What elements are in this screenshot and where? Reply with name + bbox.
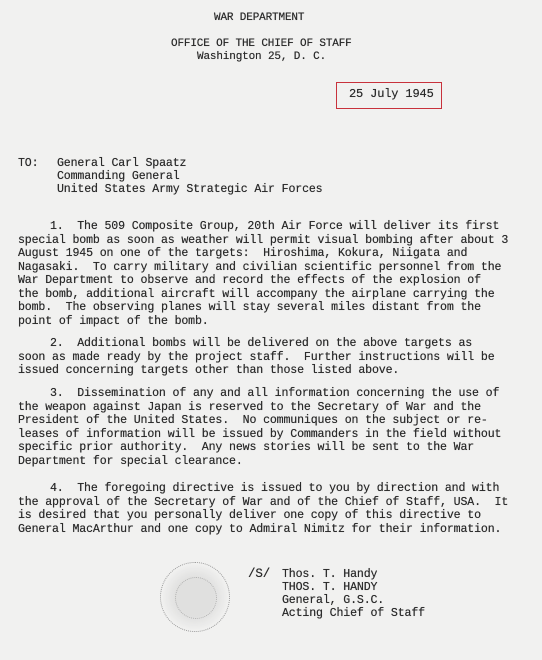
signature-rank: General, G.S.C. [282, 594, 384, 607]
seal-stamp [160, 562, 230, 632]
recipient-org: United States Army Strategic Air Forces [57, 183, 323, 196]
paragraph-1-line: bomb. The observing planes will stay sev… [18, 301, 481, 314]
paragraph-4-line: 4. The foregoing directive is issued to … [50, 482, 499, 495]
recipient-title: Commanding General [57, 170, 180, 183]
paragraph-3-line: Department for special clearance. [18, 455, 243, 468]
paragraph-1-line: 1. The 509 Composite Group, 20th Air For… [50, 220, 499, 233]
recipient-name: General Carl Spaatz [57, 157, 186, 170]
document-page: WAR DEPARTMENT OFFICE OF THE CHIEF OF ST… [0, 0, 542, 660]
signature-name: Thos. T. Handy [282, 568, 377, 581]
paragraph-2-line: issued concerning targets other than tho… [18, 364, 399, 377]
paragraph-1-line: War Department to observe and record the… [18, 274, 481, 287]
paragraph-4-line: is desired that you personally deliver o… [18, 509, 481, 522]
to-label: TO: [18, 157, 38, 170]
signature-typed-name: THOS. T. HANDY [282, 581, 377, 594]
paragraph-3-line: President of the United States. No commu… [18, 414, 488, 427]
paragraph-3-line: 3. Dissemination of any and all informat… [50, 387, 499, 400]
paragraph-1-line: August 1945 on one of the targets: Hiros… [18, 247, 467, 260]
paragraph-2-line: 2. Additional bombs will be delivered on… [50, 337, 472, 350]
department-heading: WAR DEPARTMENT [214, 12, 304, 25]
paragraph-1-line: point of impact of the bomb. [18, 315, 209, 328]
paragraph-3-line: leases of information will be issued by … [18, 428, 501, 441]
paragraph-2-line: soon as made ready by the project staff.… [18, 351, 495, 364]
paragraph-1-line: the bomb, additional aircraft will accom… [18, 288, 495, 301]
paragraph-3-line: specific prior authority. Any news stori… [18, 441, 474, 454]
signature-mark: /S/ [248, 568, 270, 581]
office-heading: OFFICE OF THE CHIEF OF STAFF [171, 38, 352, 51]
paragraph-1-line: Nagasaki. To carry military and civilian… [18, 261, 501, 274]
paragraph-4-line: General MacArthur and one copy to Admira… [18, 523, 501, 536]
paragraph-1-line: special bomb as soon as weather will per… [18, 234, 508, 247]
paragraph-3-line: the weapon against Japan is reserved to … [18, 401, 481, 414]
location-heading: Washington 25, D. C. [197, 51, 326, 64]
signature-title: Acting Chief of Staff [282, 607, 425, 620]
paragraph-4-line: the approval of the Secretary of War and… [18, 496, 508, 509]
document-date: 25 July 1945 [349, 88, 434, 101]
